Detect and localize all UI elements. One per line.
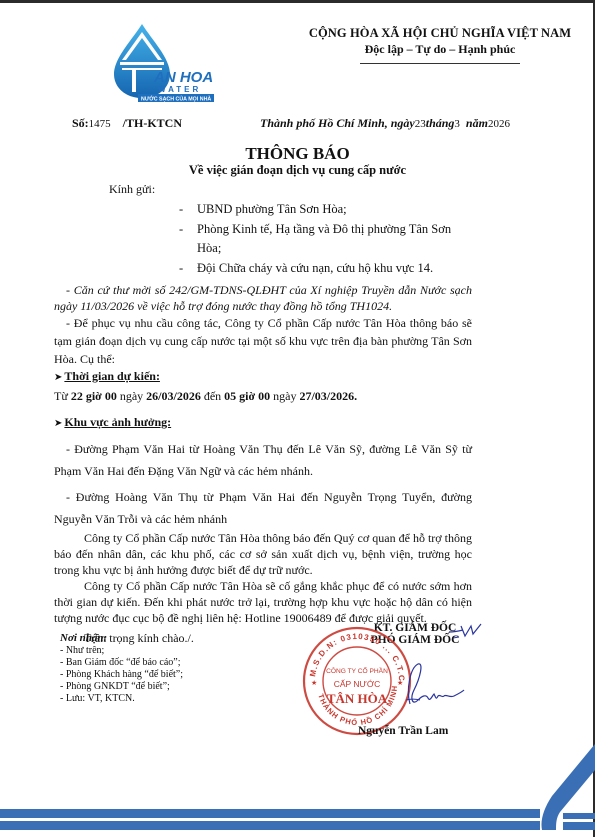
arrow-bullet-icon: ➤ xyxy=(54,416,62,432)
distribution-item: - Phòng GNKDT “để biết”; xyxy=(60,681,183,693)
distribution-item: - Lưu: VT, KTCN. xyxy=(60,693,183,705)
closing-paragraph: Công ty Cổ phần Cấp nước Tân Hòa sẽ cố g… xyxy=(54,578,472,626)
footer-decoration xyxy=(0,740,595,837)
nation-motto: Độc lập – Tự do – Hạnh phúc xyxy=(290,42,590,57)
svg-text:TÂN HÒA: TÂN HÒA xyxy=(327,691,388,706)
company-stamp: M.S.D.N: 0310350 ... C.T.C.P THÀNH PHỐ H… xyxy=(301,625,413,737)
svg-text:NƯỚC SẠCH CỦA MỌI NHÀ: NƯỚC SẠCH CỦA MỌI NHÀ xyxy=(141,95,211,103)
nation-name: CỘNG HÒA XÃ HỘI CHỦ NGHĨA VIỆT NAM xyxy=(290,26,590,41)
date-line: Thành phố Hồ Chí Minh, ngày23tháng3 năm2… xyxy=(260,116,510,131)
handwritten-signature xyxy=(406,660,466,710)
signer-name: Nguyễn Trần Lam xyxy=(358,725,448,737)
header-rule xyxy=(360,63,520,64)
distribution-item: - Ban Giám đốc “để báo cáo”; xyxy=(60,657,183,669)
distribution-list: Nơi nhận: - Như trên; - Ban Giám đốc “để… xyxy=(60,632,183,705)
area-item: - Đường Phạm Văn Hai từ Hoàng Văn Thụ đế… xyxy=(54,438,472,482)
svg-text:CẤP NƯỚC: CẤP NƯỚC xyxy=(334,679,381,689)
distribution-heading: Nơi nhận: xyxy=(60,632,183,644)
svg-text:AN HOA: AN HOA xyxy=(153,69,213,86)
document-subtitle: Về việc gián đoạn dịch vụ cung cấp nước xyxy=(0,163,595,178)
document-title: THÔNG BÁO xyxy=(0,144,595,164)
svg-text:CÔNG TY CỔ PHẦN: CÔNG TY CỔ PHẦN xyxy=(326,665,388,675)
recipient-item: Phòng Kinh tế, Hạ tầng và Đô thị phường … xyxy=(179,220,472,259)
salutation: Kính gửi: xyxy=(109,181,472,197)
document-number: Số:1475/TH-KTCN xyxy=(72,116,182,131)
distribution-item: - Như trên; xyxy=(60,645,183,657)
svg-text:WATER: WATER xyxy=(158,85,201,94)
time-section-heading: ➤Thời gian dự kiến: xyxy=(54,368,472,386)
initial-signature xyxy=(447,622,483,642)
svg-text:★: ★ xyxy=(397,679,403,687)
svg-text:★: ★ xyxy=(311,679,317,687)
tan-hoa-water-logo: AN HOA WATER NƯỚC SẠCH CỦA MỌI NHÀ xyxy=(108,22,216,104)
window-top-border xyxy=(0,0,595,3)
recipient-list: UBND phường Tân Sơn Hòa; Phòng Kinh tế, … xyxy=(54,200,472,278)
closing-paragraph: Công ty Cổ phần Cấp nước Tân Hòa thông b… xyxy=(54,530,472,578)
intro-paragraph: - Để phục vụ nhu cầu công tác, Công ty C… xyxy=(54,314,472,368)
recipient-item: UBND phường Tân Sơn Hòa; xyxy=(179,200,472,220)
arrow-bullet-icon: ➤ xyxy=(54,370,62,386)
area-section-heading: ➤Khu vực ảnh hưởng: xyxy=(54,414,472,432)
recipient-item: Đội Chữa cháy và cứu nạn, cứu hộ khu vực… xyxy=(179,259,472,279)
basis-paragraph: - Căn cứ thư mời số 242/GM-TDNS-QLĐHT củ… xyxy=(54,282,472,314)
area-item: - Đường Hoàng Văn Thụ từ Phạm Văn Hai đế… xyxy=(54,486,472,530)
national-header: CỘNG HÒA XÃ HỘI CHỦ NGHĨA VIỆT NAM Độc l… xyxy=(290,26,590,64)
document-body: Kính gửi: UBND phường Tân Sơn Hòa; Phòng… xyxy=(54,180,472,646)
distribution-item: - Phòng Khách hàng “để biết”; xyxy=(60,669,183,681)
time-range: Từ 22 giờ 00 ngày 26/03/2026 đến 05 giờ … xyxy=(54,388,472,404)
